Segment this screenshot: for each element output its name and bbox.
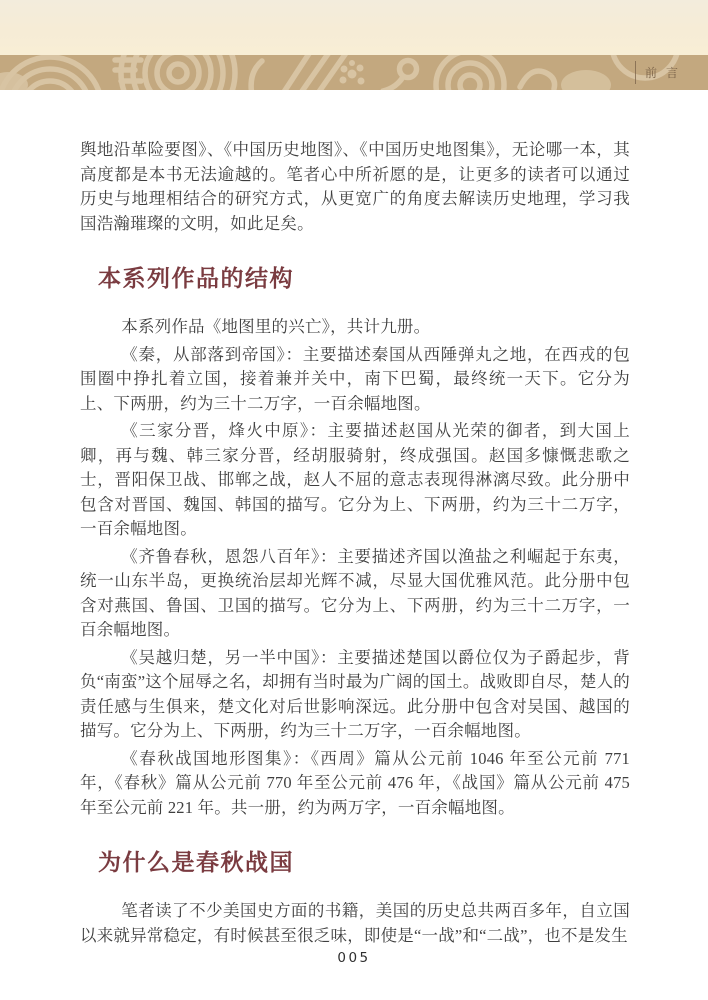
book-page: 前言 舆地沿革险要图》、《中国历史地图》、《中国历史地图集》，无论哪一本，其高度… xyxy=(0,0,708,1000)
top-margin-band xyxy=(0,0,708,55)
body-paragraph-atlas-volume: 《春秋战国地形图集》：《西周》篇从公元前 1046 年至公元前 771 年，《春… xyxy=(80,747,630,821)
body-paragraph-series-overview: 本系列作品《地图里的兴亡》，共计九册。 xyxy=(80,315,630,340)
running-head-divider xyxy=(635,61,636,84)
body-paragraph-qin-volume: 《秦，从部落到帝国》：主要描述秦国从西陲弹丸之地，在西戎的包围圈中挣扎着立国，接… xyxy=(80,343,630,417)
section-heading-why-spring-autumn: 为什么是春秋战国 xyxy=(98,848,630,878)
header-ornament-band: 前言 xyxy=(0,55,708,90)
body-paragraph-qilu-volume: 《齐鲁春秋，恩怨八百年》：主要描述齐国以渔盐之利崛起于东夷，统一山东半岛，更换统… xyxy=(80,545,630,643)
section-heading-series-structure: 本系列作品的结构 xyxy=(98,264,630,294)
page-header: 前言 xyxy=(0,0,708,90)
body-paragraph-wuyue-chu-volume: 《吴越归楚，另一半中国》：主要描述楚国以爵位仅为子爵起步，背负“南蛮”这个屈辱之… xyxy=(80,646,630,744)
running-head-label: 前言 xyxy=(645,64,687,81)
running-head: 前言 xyxy=(635,55,678,90)
body-paragraph-jin-partition-volume: 《三家分晋，烽火中原》：主要描述赵国从光荣的御者，到大国上卿，再与魏、韩三家分晋… xyxy=(80,419,630,542)
body-paragraph-us-history-comparison: 笔者读了不少美国史方面的书籍，美国的历史总共两百多年，自立国以来就异常稳定，有时… xyxy=(80,899,630,948)
bronze-scroll-pattern-icon xyxy=(0,55,708,90)
page-number: 005 xyxy=(0,950,708,966)
body-paragraph-intro-continuation: 舆地沿革险要图》、《中国历史地图》、《中国历史地图集》，无论哪一本，其高度都是本… xyxy=(80,138,630,236)
page-content: 舆地沿革险要图》、《中国历史地图》、《中国历史地图集》，无论哪一本，其高度都是本… xyxy=(0,90,708,948)
